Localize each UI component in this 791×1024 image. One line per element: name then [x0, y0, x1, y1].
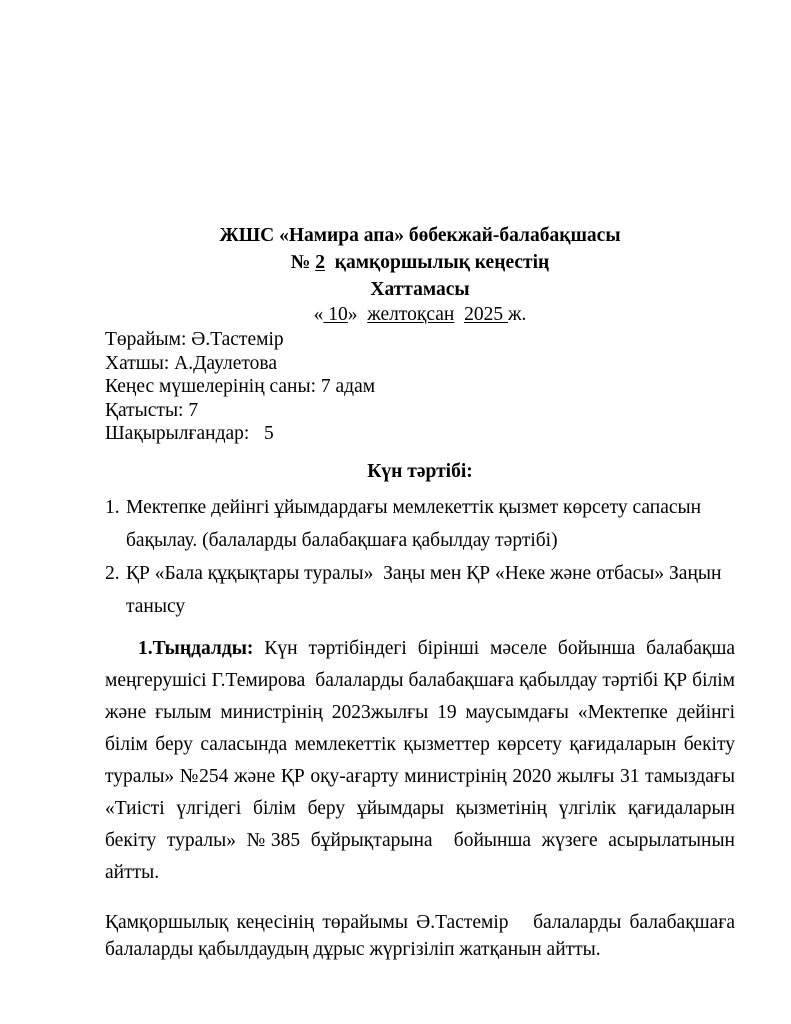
- org-title: ЖШС «Намира апа» бөбекжай-балабақшасы: [105, 222, 735, 249]
- protocol-number-prefix: №: [291, 252, 315, 273]
- attended-line: Қатысты: 7: [105, 399, 735, 423]
- date-gap: [454, 304, 464, 325]
- document-content: ЖШС «Намира апа» бөбекжай-балабақшасы № …: [105, 222, 735, 982]
- agenda-heading: Күн тәртібі:: [105, 458, 735, 485]
- agenda-item-1-text: Мектепке дейінгі ұйымдардағы мемлекеттік…: [126, 491, 735, 557]
- attendance-block: Төрайым: Ә.Тастемір Хатшы: А.Даулетова К…: [105, 328, 735, 446]
- date-line: « 10» желтоқсан 2025 ж.: [105, 303, 735, 326]
- paragraph-heard-lead: 1.Тыңдалды:: [138, 638, 253, 659]
- date-close-quote: »: [348, 304, 368, 325]
- doc-type-title: Хаттамасы: [105, 276, 735, 303]
- protocol-number-value: 2: [315, 252, 325, 273]
- paragraph-heard: 1.Тыңдалды: Күн тәртібіндегі бірінші мәс…: [105, 633, 735, 889]
- date-day: 10: [323, 304, 347, 325]
- secretary-line: Хатшы: А.Даулетова: [105, 352, 735, 376]
- chairman-line: Төрайым: Ә.Тастемір: [105, 328, 735, 352]
- paragraph-heard-text: Күн тәртібіндегі бірінші мәселе бойынша …: [105, 638, 735, 883]
- paragraph-chairman: Қамқоршылық кеңесінің төрайымы Ә.Тастемі…: [105, 909, 735, 963]
- agenda-item-1: 1. Мектепке дейінгі ұйымдардағы мемлекет…: [105, 491, 735, 557]
- agenda-item-2: 2. ҚР «Бала құқықтары туралы» Заңы мен Қ…: [105, 557, 735, 623]
- date-month: желтоқсан: [367, 304, 454, 325]
- agenda-item-2-number: 2.: [105, 557, 126, 590]
- invited-line: Шақырылғандар: 5: [105, 422, 735, 446]
- date-year: 2025: [464, 304, 508, 325]
- protocol-number-line: № 2 қамқоршылық кеңестің: [105, 249, 735, 276]
- agenda-item-1-number: 1.: [105, 491, 126, 524]
- agenda-list: 1. Мектепке дейінгі ұйымдардағы мемлекет…: [105, 491, 735, 623]
- document-page: ЖШС «Намира апа» бөбекжай-балабақшасы № …: [0, 0, 791, 1024]
- date-open-quote: «: [314, 304, 324, 325]
- date-suffix: ж.: [508, 304, 526, 325]
- members-count-line: Кеңес мүшелерінің саны: 7 адам: [105, 375, 735, 399]
- protocol-number-rest: қамқоршылық кеңестің: [325, 252, 549, 273]
- agenda-item-2-text: ҚР «Бала құқықтары туралы» Заңы мен ҚР «…: [126, 557, 735, 623]
